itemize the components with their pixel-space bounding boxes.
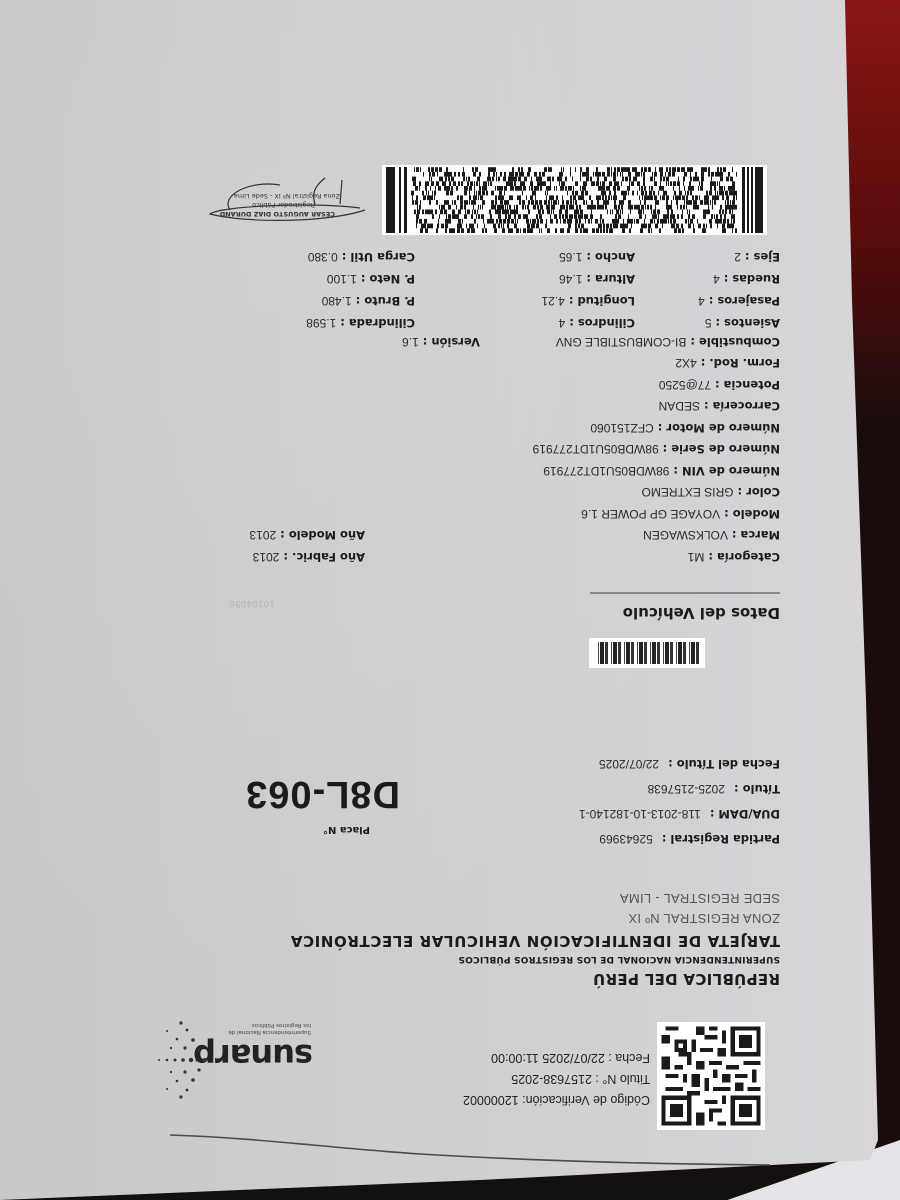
titulo-row: Título : 2025-2157638 bbox=[648, 781, 780, 800]
year-fabric-row: Año Fabric. :2013 bbox=[253, 549, 365, 568]
titulo-number: 2157638-2025 bbox=[511, 1072, 592, 1086]
spec-col3-row: Cilindrada :1.598 bbox=[306, 315, 415, 334]
sunarp-logo-tagline: Superintendencia Nacional de los Registr… bbox=[221, 1021, 311, 1035]
spec-col3-row: Carga Util :0.380 bbox=[308, 249, 415, 268]
spec-col1-value: 2 bbox=[734, 250, 741, 264]
watermark-number: 10104050 bbox=[229, 598, 275, 608]
vehicle-field-row: Potencia :77@5250 bbox=[659, 377, 780, 396]
country-heading: REPÚBLICA DEL PERÚ bbox=[593, 970, 780, 988]
spec-col1-row: Pasajeros :4 bbox=[698, 293, 780, 312]
vehicle-field-value: VOLKSWAGEN bbox=[643, 529, 728, 543]
spec-col1-row: Ruedas :4 bbox=[713, 271, 780, 290]
fecha-value: 22/07/2025 11:00:00 bbox=[491, 1051, 605, 1065]
vehicle-field-value: GRIS EXTREMO bbox=[642, 486, 734, 500]
spec-col2-value: 1.46 bbox=[559, 272, 582, 286]
year-model-row: Año Modelo :2013 bbox=[249, 527, 365, 546]
pdf417-barcode-icon bbox=[382, 165, 767, 235]
vehicle-field-value: 77@5250 bbox=[659, 378, 711, 392]
spec-col2-value: 1.65 bbox=[559, 250, 582, 264]
titulo-value: 2025-2157638 bbox=[648, 782, 725, 796]
titulo-label: Título : bbox=[734, 782, 780, 796]
year-model-label: Año Modelo : bbox=[280, 528, 365, 542]
vehicle-field-row: Categoría :M1 bbox=[688, 549, 780, 568]
pen-line bbox=[0, 1120, 900, 1180]
vehicle-field-label: Categoría : bbox=[708, 550, 780, 564]
year-fabric-value: 2013 bbox=[253, 550, 280, 564]
spec-col3-label: P. Bruto : bbox=[356, 294, 415, 308]
spec-col1-value: 4 bbox=[698, 294, 705, 308]
dua-row: DUA/DAM : 118-2013-10-182140-1 bbox=[579, 806, 780, 825]
spec-col2-value: 4.21 bbox=[542, 294, 565, 308]
vehicle-field-value: M1 bbox=[688, 550, 705, 564]
version-label: Versión : bbox=[423, 335, 480, 349]
placa-label: Placa N° bbox=[323, 824, 370, 835]
vehicle-field-row: Modelo :VOYAGE GP POWER 1.6 bbox=[581, 506, 780, 525]
registrar-signature: CESAR AUGUSTO DIAZ DURAND Registrador Pú… bbox=[200, 160, 370, 240]
vehicle-field-value: 98WDB05U1DT277919 bbox=[543, 464, 669, 478]
vehicle-field-row: Marca :VOLKSWAGEN bbox=[643, 528, 780, 547]
version-value: 1.6 bbox=[402, 335, 419, 349]
barcode-icon bbox=[589, 638, 705, 668]
spec-col2-value: 4 bbox=[559, 316, 566, 330]
verification-block: Código de Verificación: 12000002 Titulo … bbox=[463, 1047, 650, 1110]
vehicle-field-value: VOYAGE GP POWER 1.6 bbox=[581, 507, 720, 521]
vehicle-field-label: Modelo : bbox=[724, 507, 780, 521]
spec-col1-label: Ejes : bbox=[745, 250, 780, 264]
spec-col2-label: Ancho : bbox=[586, 250, 635, 264]
agency-name: SUPERINTENDENCIA NACIONAL DE LOS REGISTR… bbox=[458, 954, 780, 964]
registrar-office: Zona Registral Nº IX - Sede Lima bbox=[234, 192, 340, 200]
spec-col2-label: Cilindros : bbox=[569, 316, 635, 330]
vehicle-field-row: Combustible :BI-COMBUSTIBLE GNV bbox=[556, 334, 780, 353]
vehicle-field-label: Número de VIN : bbox=[673, 464, 780, 478]
spec-col2-row: Altura :1.46 bbox=[559, 271, 635, 290]
vehicle-field-label: Marca : bbox=[732, 529, 780, 543]
spec-col3-value: 1.480 bbox=[322, 294, 352, 308]
spec-col1-row: Asientos :5 bbox=[705, 315, 780, 334]
vehicle-field-row: Número de VIN :98WDB05U1DT277919 bbox=[543, 463, 780, 482]
verification-code: 12000002 bbox=[463, 1093, 519, 1107]
license-plate-number: D8L-063 bbox=[245, 772, 400, 815]
sunarp-logo: sunarp Superintendencia Nacional de los … bbox=[163, 1015, 313, 1105]
spec-col3-row: P. Bruto :1.480 bbox=[322, 293, 415, 312]
fecha-titulo-row: Fecha del Título : 22/07/2025 bbox=[599, 756, 780, 775]
heading-underline bbox=[590, 592, 780, 594]
registral-office: SEDE REGISTRAL - LIMA bbox=[620, 891, 780, 906]
year-fabric-label: Año Fabric. : bbox=[283, 550, 365, 564]
dua-value: 118-2013-10-182140-1 bbox=[579, 807, 701, 821]
spec-col3-label: Cilindrada : bbox=[340, 316, 415, 330]
spec-col2-row: Cilindros :4 bbox=[559, 315, 635, 334]
vehicle-field-row: Número de Serie :98WDB05U1DT277919 bbox=[533, 442, 780, 461]
vehicle-field-label: Color : bbox=[738, 486, 780, 500]
spec-col1-row: Ejes :2 bbox=[734, 249, 780, 268]
vehicle-field-row: Form. Rod. :4X2 bbox=[675, 356, 780, 375]
spec-col3-value: 0.380 bbox=[308, 250, 338, 264]
vehicle-field-label: Combustible : bbox=[690, 335, 780, 349]
spec-col1-value: 5 bbox=[705, 316, 712, 330]
spec-col2-label: Altura : bbox=[586, 272, 635, 286]
version-row: Versión :1.6 bbox=[402, 334, 480, 353]
vehicle-field-label: Carrocería : bbox=[704, 400, 780, 414]
vehicle-field-label: Número de Motor : bbox=[658, 421, 780, 435]
spec-col2-row: Longitud :4.21 bbox=[542, 293, 635, 312]
fecha-titulo-label: Fecha del Título : bbox=[668, 757, 780, 771]
signature-scribble-icon bbox=[200, 160, 370, 240]
partida-row: Partida Registral : 52643969 bbox=[599, 831, 780, 850]
spec-col3-value: 1.598 bbox=[306, 316, 336, 330]
fecha-label: Fecha : bbox=[608, 1051, 650, 1065]
spec-col2-row: Ancho :1.65 bbox=[559, 249, 635, 268]
spec-col3-value: 1.100 bbox=[327, 272, 357, 286]
spec-col1-label: Asientos : bbox=[715, 316, 780, 330]
registral-zone: ZONA REGISTRAL Nº IX bbox=[628, 911, 780, 926]
vehicle-field-row: Color :GRIS EXTREMO bbox=[642, 485, 780, 504]
spec-col1-label: Pasajeros : bbox=[709, 294, 780, 308]
vehicle-field-label: Número de Serie : bbox=[663, 443, 780, 457]
document-title: TARJETA DE IDENTIFICACIÓN VEHICULAR ELEC… bbox=[290, 932, 780, 950]
spec-col1-value: 4 bbox=[713, 272, 720, 286]
vehicle-field-label: Form. Rod. : bbox=[701, 357, 780, 371]
partida-value: 52643969 bbox=[599, 832, 652, 846]
sunburst-dots-icon bbox=[153, 1015, 213, 1105]
spec-col3-label: Carga Util : bbox=[342, 250, 415, 264]
vehicle-field-value: 4X2 bbox=[675, 357, 696, 371]
verification-code-label: Código de Verificación: bbox=[522, 1093, 650, 1107]
vehicle-field-value: BI-COMBUSTIBLE GNV bbox=[556, 335, 687, 349]
partida-label: Partida Registral : bbox=[662, 832, 780, 846]
registrar-role: Registrador Público bbox=[252, 201, 315, 209]
dua-label: DUA/DAM : bbox=[710, 807, 780, 821]
year-model-value: 2013 bbox=[249, 528, 276, 542]
spec-col3-label: P. Neto : bbox=[361, 272, 415, 286]
vehicle-field-row: Carrocería :SEDAN bbox=[659, 399, 780, 418]
qr-code-icon bbox=[657, 1022, 765, 1130]
vehicle-field-value: SEDAN bbox=[659, 400, 700, 414]
vehicle-field-value: 98WDB05U1DT277919 bbox=[533, 443, 659, 457]
vehicle-field-value: CFZ151060 bbox=[590, 421, 653, 435]
registrar-name: CESAR AUGUSTO DIAZ DURAND bbox=[220, 210, 335, 218]
fecha-titulo-value: 22/07/2025 bbox=[599, 757, 659, 771]
spec-col2-label: Longitud : bbox=[569, 294, 635, 308]
vehicle-field-label: Potencia : bbox=[715, 378, 780, 392]
titulo-number-label: Titulo N° : bbox=[595, 1072, 650, 1086]
spec-col1-label: Ruedas : bbox=[724, 272, 780, 286]
vehicle-id-card-document: Código de Verificación: 12000002 Titulo … bbox=[0, 0, 900, 1200]
vehicle-field-row: Número de Motor :CFZ151060 bbox=[590, 420, 780, 439]
vehicle-data-heading: Datos del Vehículo bbox=[623, 604, 780, 622]
spec-col3-row: P. Neto :1.100 bbox=[327, 271, 415, 290]
